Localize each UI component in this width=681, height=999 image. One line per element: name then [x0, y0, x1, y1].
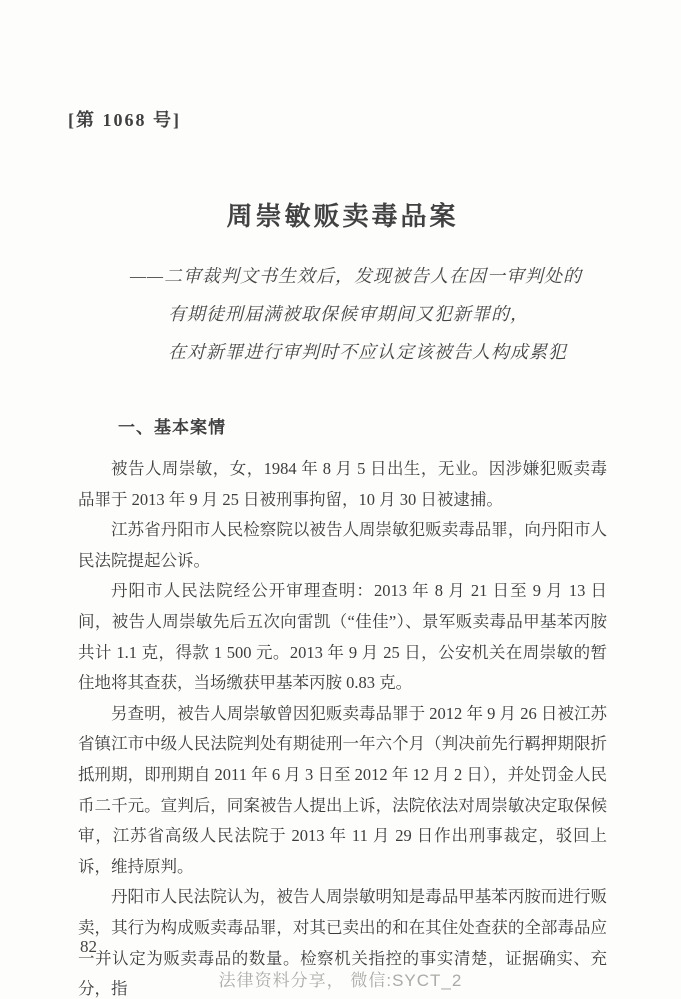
- body-paragraph: 被告人周崇敏，女，1984 年 8 月 5 日出生，无业。因涉嫌犯贩卖毒品罪于 …: [78, 454, 607, 515]
- case-subtitle: ——二审裁判文书生效后，发现被告人在因一审判处的 有期徒刑届满被取保候审期间又犯…: [130, 257, 607, 371]
- body-text: 被告人周崇敏，女，1984 年 8 月 5 日出生，无业。因涉嫌犯贩卖毒品罪于 …: [78, 454, 607, 999]
- case-title: 周崇敏贩卖毒品案: [78, 196, 607, 233]
- section-heading: 一、基本案情: [118, 413, 607, 438]
- subtitle-line: 在对新罪进行审判时不应认定该被告人构成累犯: [130, 333, 607, 371]
- body-paragraph: 另查明，被告人周崇敏曾因犯贩卖毒品罪于 2012 年 9 月 26 日被江苏省镇…: [78, 699, 607, 883]
- subtitle-line: 有期徒刑届满被取保候审期间又犯新罪的，: [130, 295, 607, 333]
- body-paragraph: 丹阳市人民法院经公开审理查明：2013 年 8 月 21 日至 9 月 13 日…: [78, 576, 607, 698]
- subtitle-line: ——二审裁判文书生效后，发现被告人在因一审判处的: [130, 257, 607, 295]
- page-content: [第 1068 号] 周崇敏贩卖毒品案 ——二审裁判文书生效后，发现被告人在因一…: [0, 0, 681, 999]
- case-number: [第 1068 号]: [68, 106, 607, 132]
- body-paragraph: 江苏省丹阳市人民检察院以被告人周崇敏犯贩卖毒品罪，向丹阳市人民法院提起公诉。: [78, 515, 607, 576]
- watermark-text: 法律资料分享， 微信:SYCT_2: [0, 966, 681, 991]
- document-page: [第 1068 号] 周崇敏贩卖毒品案 ——二审裁判文书生效后，发现被告人在因一…: [0, 0, 681, 999]
- page-number: 82: [80, 937, 97, 957]
